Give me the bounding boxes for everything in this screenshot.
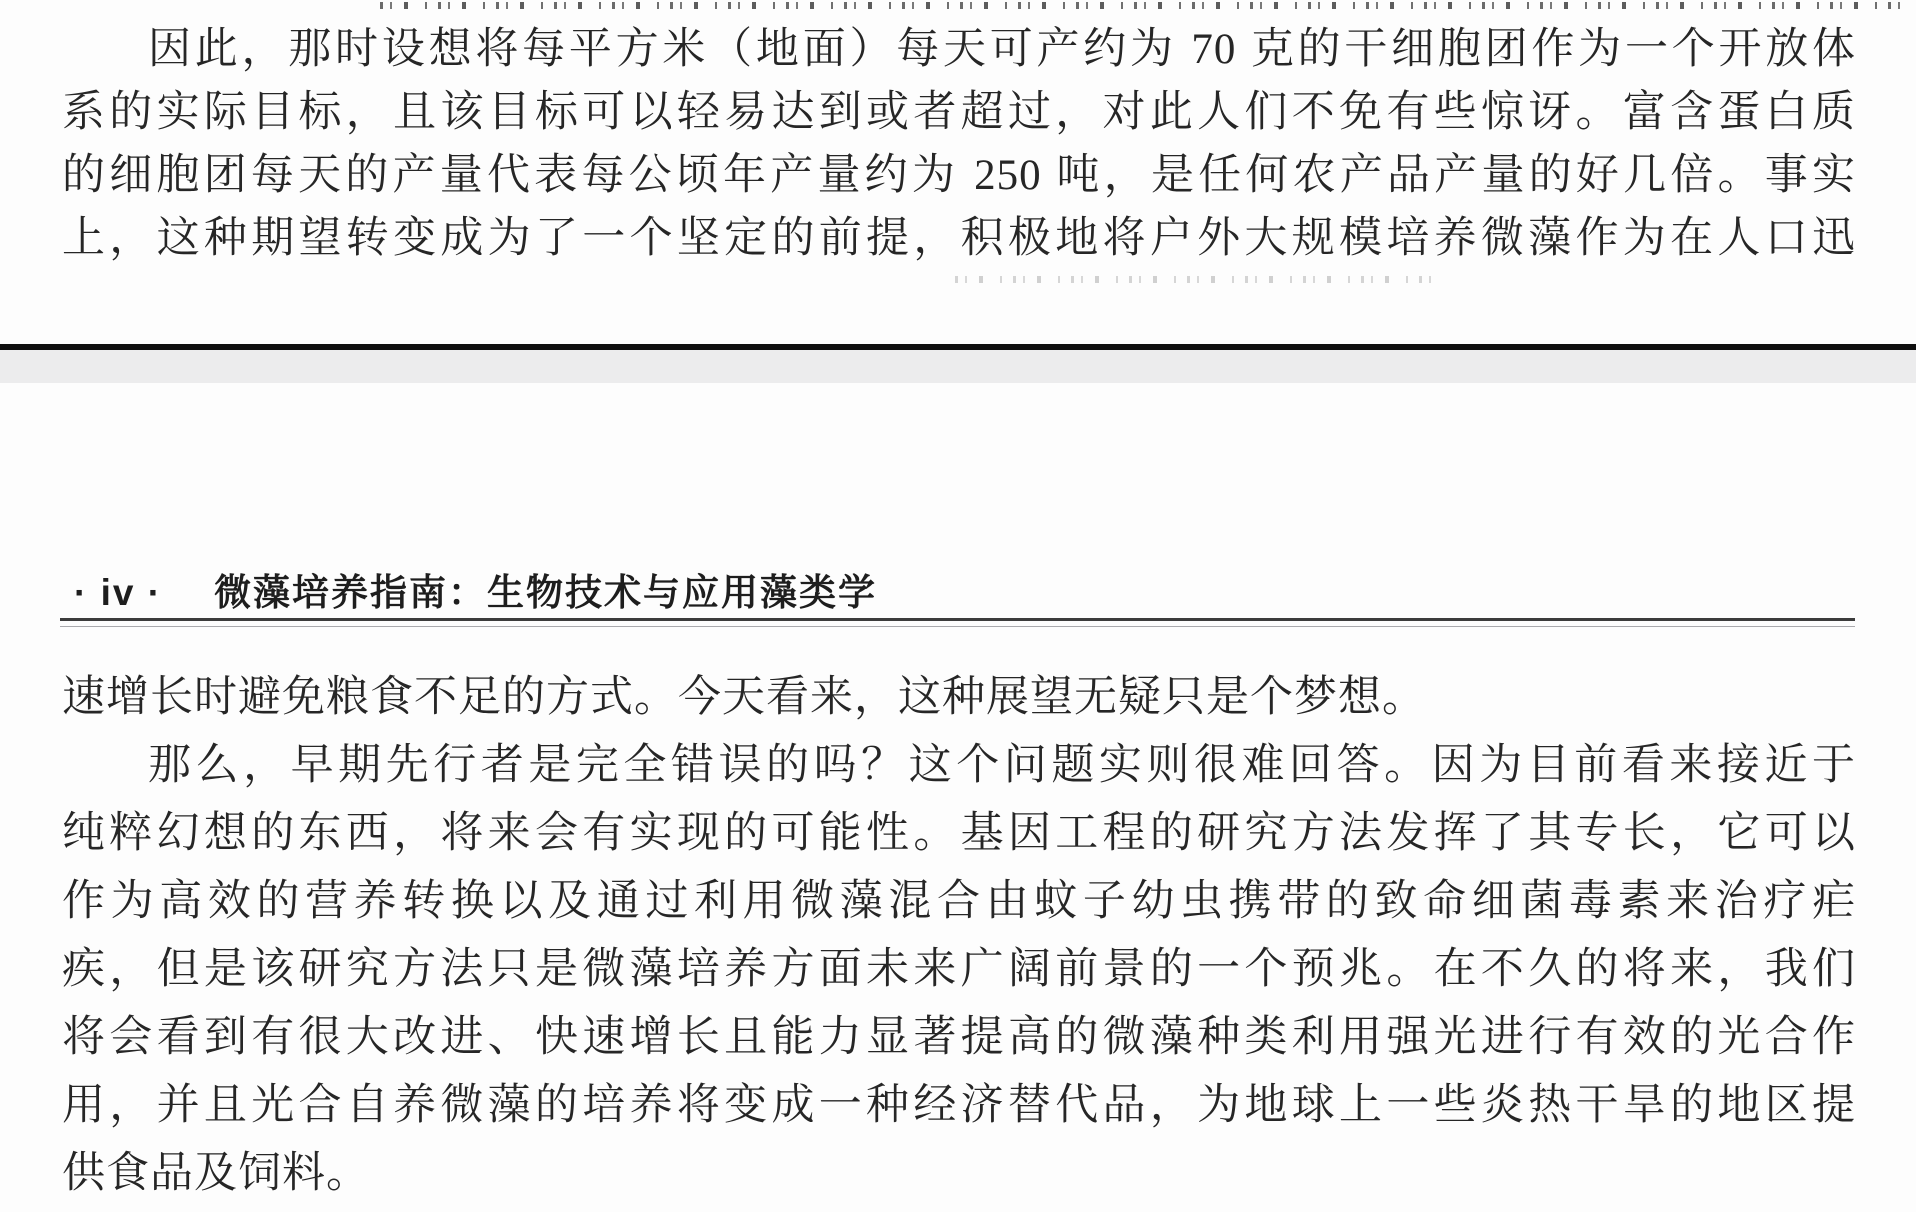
text-line: 的细胞团每天的产量代表每公顷年产量约为 250 吨，是任何农产品产量的好几倍。事…	[62, 144, 1856, 207]
text-line: 纯粹幻想的东西，将来会有实现的可能性。基因工程的研究方法发挥了其专长，它可以	[62, 800, 1856, 868]
header-rule	[60, 618, 1855, 627]
page-number: · iv ·	[74, 572, 162, 614]
page-break-shadow	[0, 350, 1916, 383]
text-line: 速增长时避免粮食不足的方式。今天看来，这种展望无疑只是个梦想。	[62, 664, 1856, 732]
text-line: 将会看到有很大改进、快速增长且能力显著提高的微藻种类利用强光进行有效的光合作	[62, 1004, 1856, 1072]
text-line: 因此，那时设想将每平方米（地面）每天可产约为 70 克的干细胞团作为一个开放体	[62, 18, 1856, 81]
page-header: · iv · 微藻培养指南：生物技术与应用藻类学	[74, 562, 877, 616]
body-paragraphs: 速增长时避免粮食不足的方式。今天看来，这种展望无疑只是个梦想。 那么，早期先行者…	[62, 664, 1856, 1208]
text-line: 疾，但是该研究方法只是微藻培养方面未来广阔前景的一个预兆。在不久的将来，我们	[62, 936, 1856, 1004]
text-line: 供食品及饲料。	[62, 1140, 1856, 1208]
text-line: 用，并且光合自养微藻的培养将变成一种经济替代品，为地球上一些炎热干旱的地区提	[62, 1072, 1856, 1140]
text-line: 那么，早期先行者是完全错误的吗？这个问题实则很难回答。因为目前看来接近于	[62, 732, 1856, 800]
previous-page-paragraph: 因此，那时设想将每平方米（地面）每天可产约为 70 克的干细胞团作为一个开放体 …	[62, 18, 1856, 270]
text-line: 系的实际目标，且该目标可以轻易达到或者超过，对此人们不免有些惊讶。富含蛋白质	[62, 81, 1856, 144]
text-line: 上，这种期望转变成为了一个坚定的前提，积极地将户外大规模培养微藻作为在人口迅	[62, 207, 1856, 270]
scanned-book-page: 因此，那时设想将每平方米（地面）每天可产约为 70 克的干细胞团作为一个开放体 …	[0, 0, 1916, 1212]
text-line: 作为高效的营养转换以及通过利用微藻混合由蚊子幼虫携带的致命细菌毒素来治疗疟	[62, 868, 1856, 936]
cut-off-text-fragment-faint	[955, 276, 1435, 283]
book-title: 微藻培养指南：生物技术与应用藻类学	[214, 562, 877, 616]
cut-off-text-fragment-top	[380, 2, 1910, 9]
